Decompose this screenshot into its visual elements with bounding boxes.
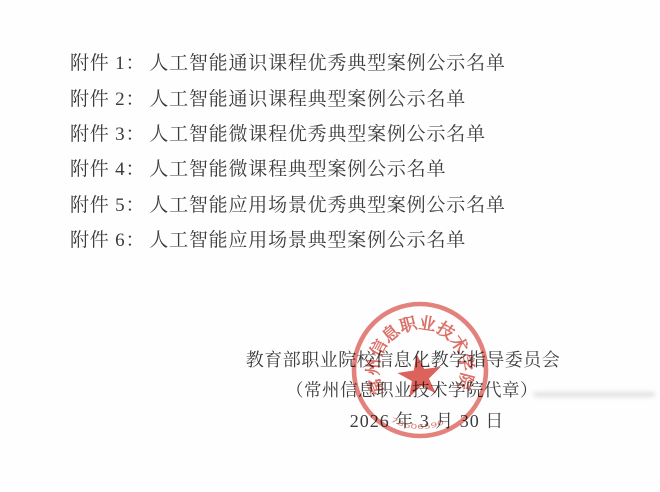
attachment-line-1: 附件 1： 人工智能通识课程优秀典型案例公示名单 — [70, 44, 506, 79]
attachment-line-5: 附件 5： 人工智能应用场景优秀典型案例公示名单 — [70, 186, 506, 221]
attachment-title: 人工智能应用场景典型案例公示名单 — [149, 225, 466, 252]
seal-code: 78606590 — [389, 416, 445, 431]
official-seal: 常州信息职业技术学院 78606590 — [345, 295, 495, 445]
attachment-title: 人工智能应用场景优秀典型案例公示名单 — [149, 190, 505, 217]
attachment-line-6: 附件 6： 人工智能应用场景典型案例公示名单 — [70, 221, 506, 256]
attachment-label: 附件 5： — [70, 190, 145, 217]
attachment-title: 人工智能微课程优秀典型案例公示名单 — [149, 119, 486, 146]
document-page: 附件 1： 人工智能通识课程优秀典型案例公示名单 附件 2： 人工智能通识课程典… — [0, 0, 660, 492]
attachment-label: 附件 1： — [70, 48, 145, 75]
attachment-label: 附件 4： — [70, 154, 145, 181]
scan-smudge — [533, 392, 655, 397]
attachment-list: 附件 1： 人工智能通识课程优秀典型案例公示名单 附件 2： 人工智能通识课程典… — [70, 44, 506, 256]
attachment-label: 附件 6： — [70, 225, 145, 252]
seal-star-icon — [395, 351, 444, 398]
attachment-title: 人工智能通识课程典型案例公示名单 — [149, 84, 466, 111]
attachment-title: 人工智能微课程典型案例公示名单 — [149, 154, 446, 181]
seal-code-container: 78606590 — [389, 416, 445, 431]
attachment-label: 附件 3： — [70, 119, 145, 146]
attachment-label: 附件 2： — [70, 84, 145, 111]
attachment-line-3: 附件 3： 人工智能微课程优秀典型案例公示名单 — [70, 115, 506, 150]
attachment-line-4: 附件 4： 人工智能微课程典型案例公示名单 — [70, 150, 506, 185]
attachment-line-2: 附件 2： 人工智能通识课程典型案例公示名单 — [70, 79, 506, 114]
seal-graphic: 常州信息职业技术学院 78606590 — [345, 295, 495, 445]
attachment-title: 人工智能通识课程优秀典型案例公示名单 — [149, 48, 505, 75]
